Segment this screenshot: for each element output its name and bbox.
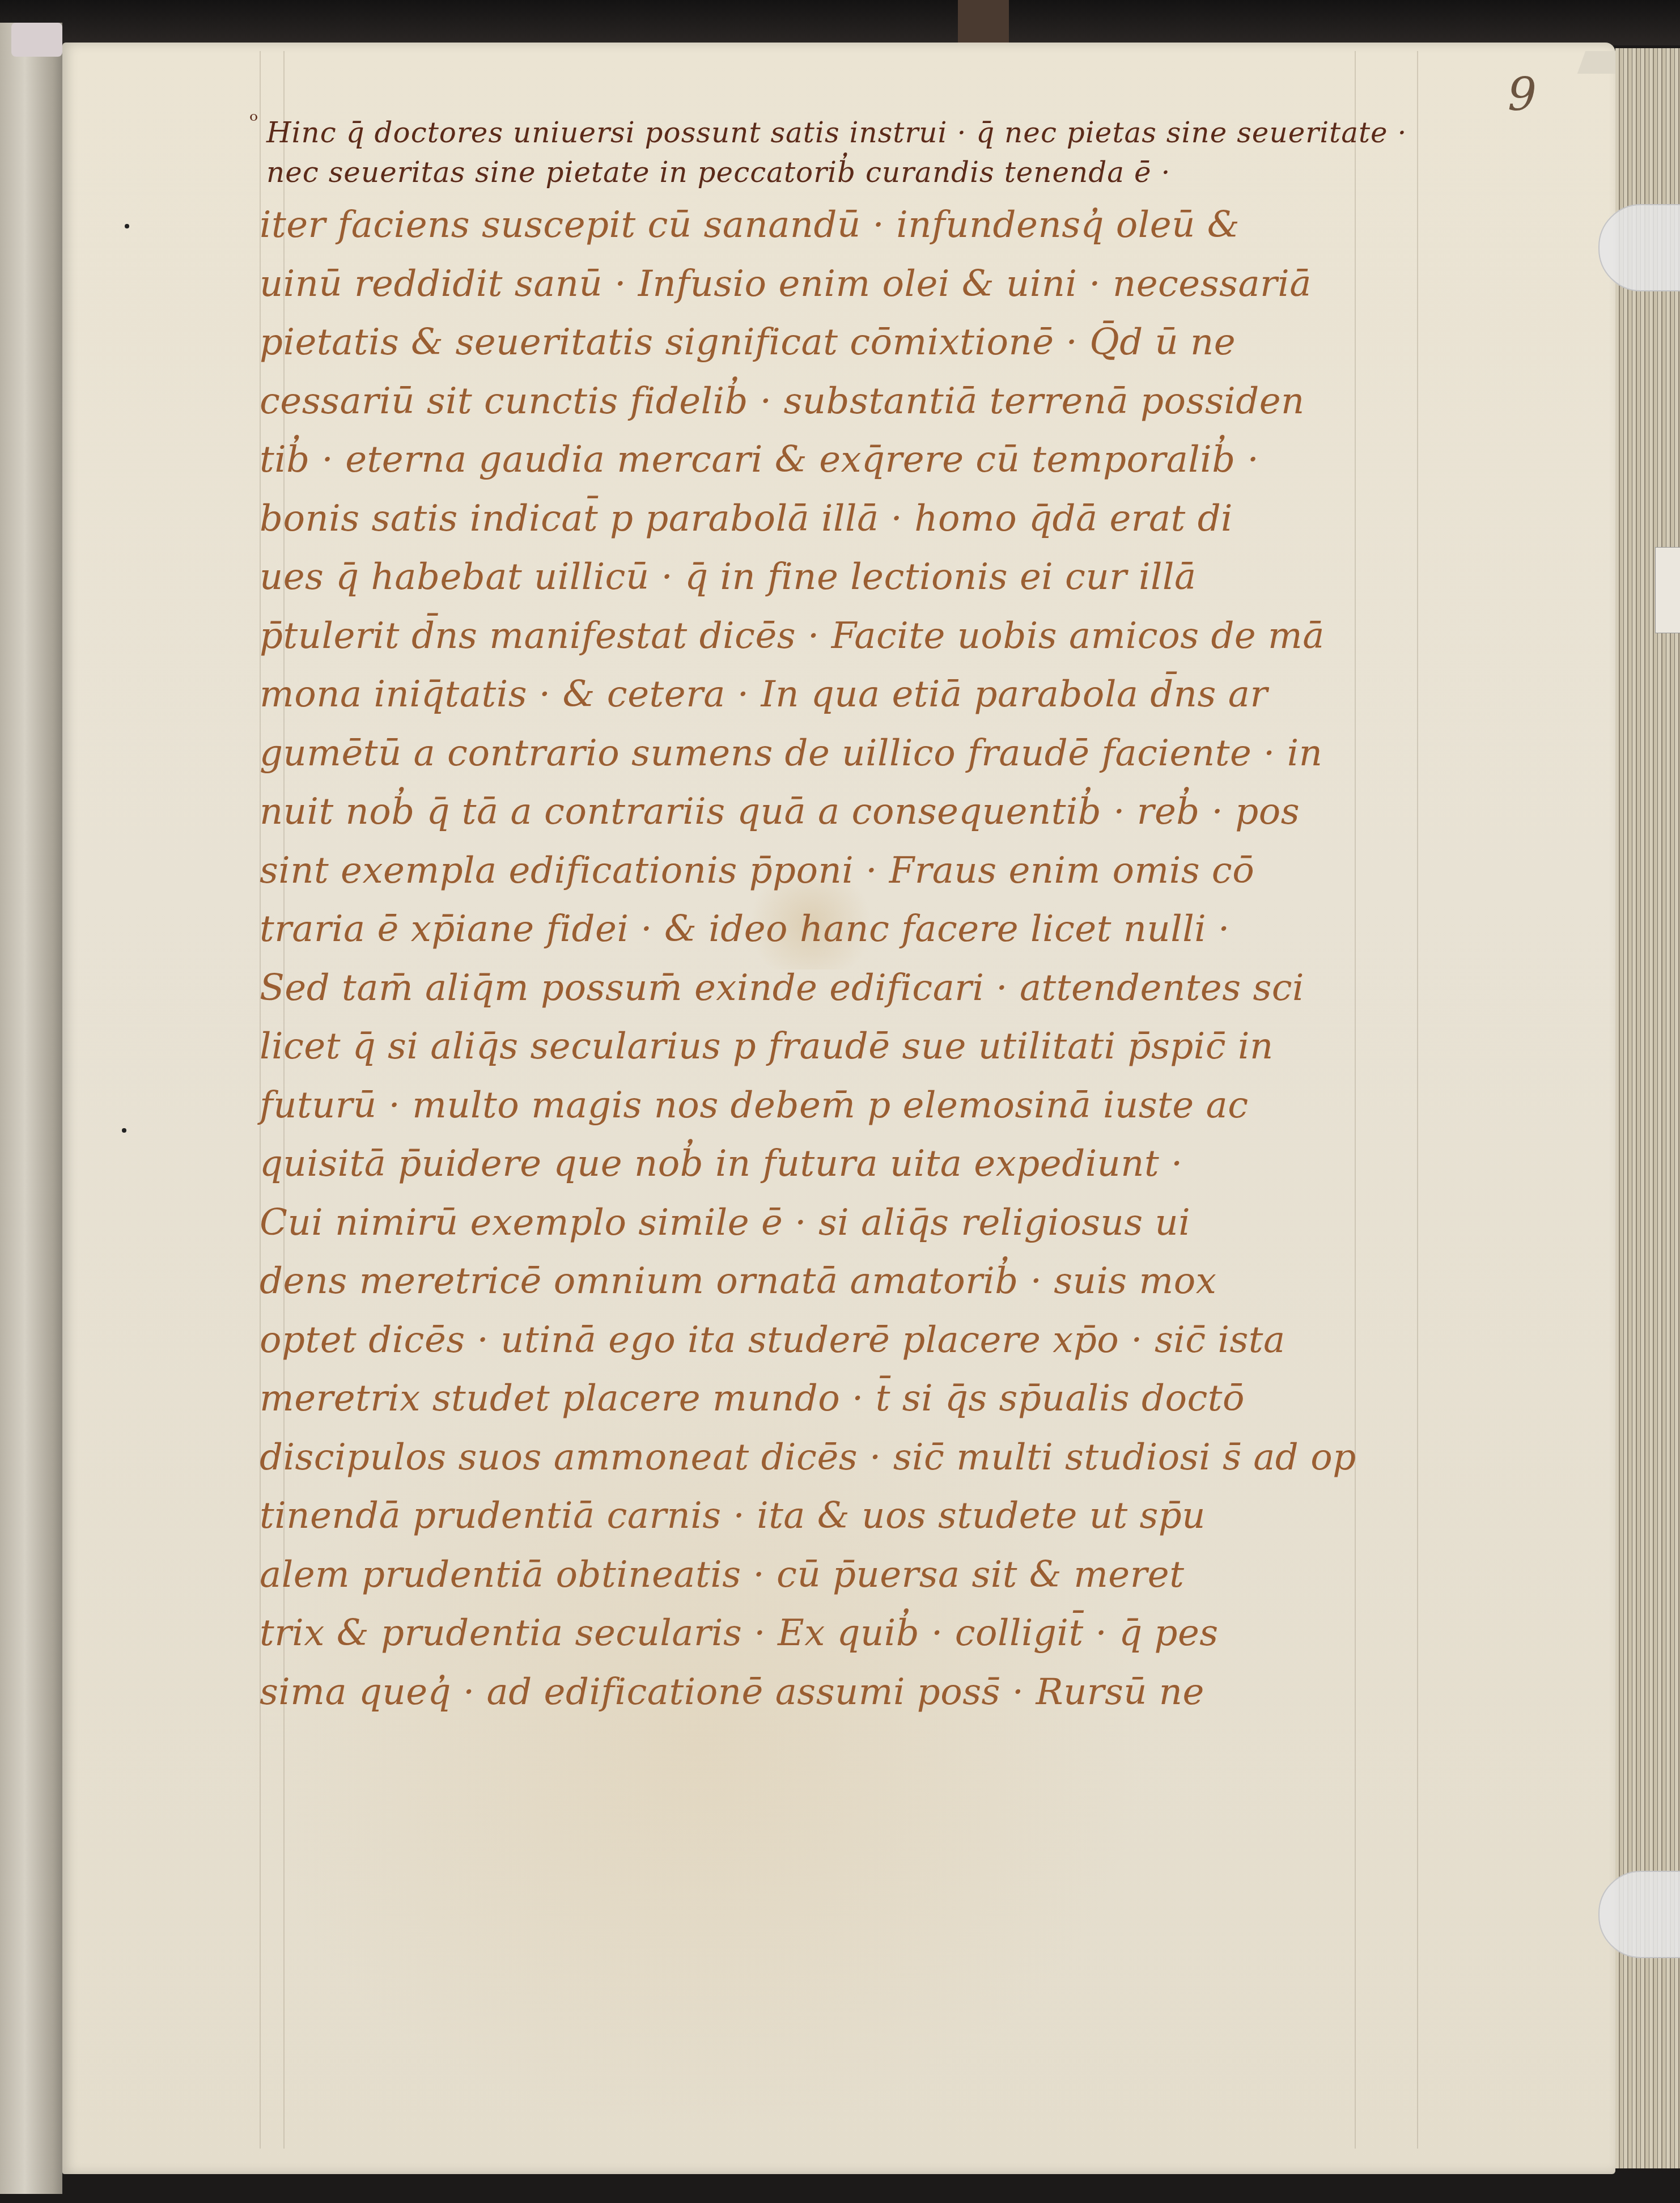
- text-line: gumētū a contrario sumens de uillico f…: [260, 732, 1359, 774]
- margin-prick: [122, 1128, 126, 1133]
- text-line: nuit nob̓ q̄ tā a contrariis quā a con…: [260, 791, 1359, 833]
- signe-de-renvoi: ᵒ: [249, 108, 258, 134]
- text-line: alem prudentiā obtineatis · cū p̄uersa…: [260, 1554, 1359, 1596]
- text-line: dens meretricē omnium ornatā amatorib̓…: [260, 1260, 1359, 1302]
- text-line: pietatis & seueritatis significat cōmix…: [260, 321, 1359, 363]
- text-line: p̄tulerit d̄ns manifestat dicēs · Facit…: [260, 615, 1359, 657]
- text-line: tinendā prudentiā carnis · ita & uos s…: [260, 1495, 1359, 1537]
- text-line: bonis satis indicat̄ p parabolā illā ·…: [260, 498, 1359, 540]
- text-line: traria ē xp̄iane fidei · & ideo hanc fa…: [260, 908, 1359, 950]
- frayed-binding-corner: [11, 23, 62, 57]
- text-line: Sed tam̄ aliq̄m possum̄ exinde edificari…: [260, 967, 1359, 1009]
- folio-number: 9: [1508, 68, 1537, 121]
- text-line: sima queq̓ · ad edificationē assumi pos…: [260, 1671, 1359, 1713]
- text-line: tib̓ · eterna gaudia mercari & exq̄rere …: [260, 439, 1359, 481]
- text-line: iter faciens suscepit cū sanandū · inf…: [260, 204, 1359, 246]
- text-line: quisitā p̄uidere que nob̓ in futura uit…: [260, 1143, 1359, 1185]
- binding-strap: [958, 0, 1009, 45]
- text-line: Cui nimirū exemplo simile ē · si aliq̄…: [260, 1202, 1359, 1244]
- page-fore-edge-stack: [1615, 48, 1680, 2168]
- ruling-line-right-outer: [1417, 51, 1418, 2149]
- dark-background-top: [0, 0, 1680, 45]
- text-line: uinū reddidit sanū · Infusio enim olei…: [260, 263, 1359, 305]
- book-clip-bottom: [1598, 1871, 1680, 1958]
- text-line: ues q̄ habebat uillicū · q̄ in fine lec…: [260, 556, 1359, 598]
- text-line: mona iniq̄tatis · & cetera · In qua etia…: [260, 673, 1359, 715]
- header-note-line-2: nec seueritas sine pietate in peccatorib…: [266, 156, 1170, 189]
- text-line: sint exempla edificationis p̄poni · Frau…: [260, 850, 1359, 892]
- text-line: discipulos suos ammoneat dicēs · sic̄ m…: [260, 1437, 1359, 1478]
- text-line: licet q̄ si aliq̄s secularius p fraudē …: [260, 1026, 1359, 1067]
- text-line: cessariū sit cunctis fidelib̓ · substan…: [260, 380, 1359, 422]
- left-binding-spine: [0, 23, 62, 2194]
- fore-edge-tab: [1655, 547, 1680, 633]
- text-line: trix & prudentia secularis · Ex quib̓ · …: [260, 1612, 1359, 1654]
- margin-prick: [125, 224, 129, 228]
- text-line: meretrix studet placere mundo · t̄ si q̄…: [260, 1378, 1359, 1420]
- header-note-line-1: Hinc q̄ doctores uniuersi possunt satis …: [266, 116, 1407, 149]
- book-clip-top: [1598, 204, 1680, 291]
- text-line: futurū · multo magis nos debem̄ p elemo…: [260, 1084, 1359, 1126]
- text-line: optet dicēs · utinā ego ita studerē p…: [260, 1319, 1359, 1361]
